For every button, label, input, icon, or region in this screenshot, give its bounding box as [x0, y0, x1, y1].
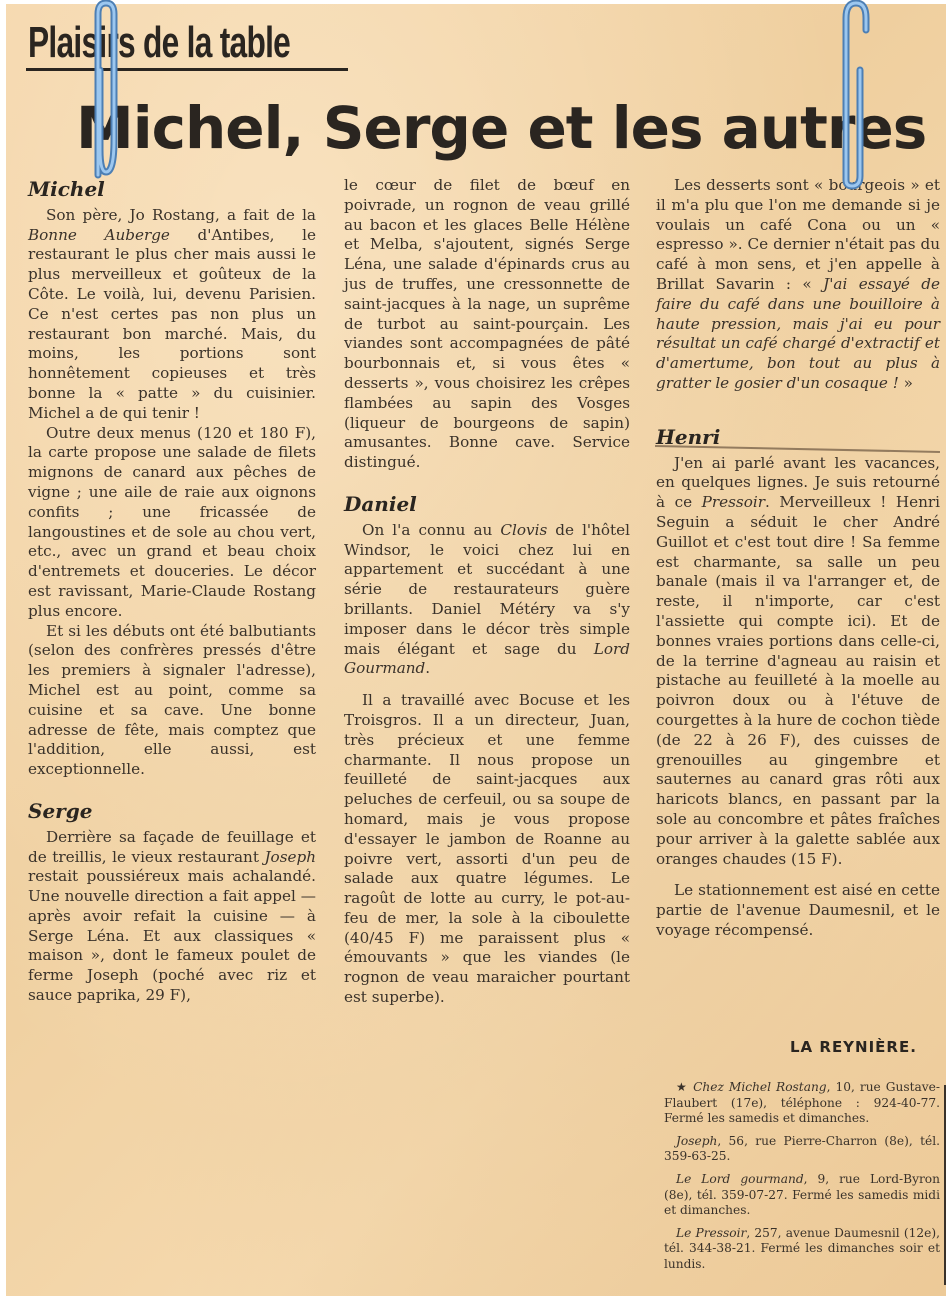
paragraph: Son père, Jo Rostang, a fait de la Bonne… [28, 206, 316, 424]
address-name: Le Pressoir [676, 1226, 746, 1240]
section-title-henri: Henri [656, 428, 940, 448]
column-2: le cœur de filet de bœuf en poivrade, un… [344, 176, 630, 1008]
address-name: Joseph [676, 1134, 717, 1148]
section-title-daniel: Daniel [344, 495, 630, 515]
paragraph: J'en ai parlé avant les vacances, en que… [656, 454, 940, 870]
paragraph: Le stationnement est aisé en cette parti… [656, 881, 940, 940]
column-1: Michel Son père, Jo Rostang, a fait de l… [28, 180, 316, 1006]
section-title-michel: Michel [28, 180, 316, 200]
paragraph: Outre deux menus (120 et 180 F), la cart… [28, 424, 316, 622]
paragraph: Derrière sa façade de feuillage et de tr… [28, 828, 316, 1006]
column-rule [944, 1085, 946, 1285]
author-signature: LA REYNIÈRE. [790, 1038, 917, 1056]
restaurant-name: Pressoir [702, 493, 765, 511]
text: » [899, 374, 913, 392]
paragraph: On l'a connu au Clovis de l'hôtel Windso… [344, 521, 630, 679]
text: Son père, Jo Rostang, a fait de la [46, 206, 316, 224]
column-3: Les desserts sont « bourgeois » et il m'… [656, 176, 940, 941]
address-list: ★ Chez Michel Rostang, 10, rue Gustave-F… [664, 1080, 940, 1280]
restaurant-name: Bonne Auberge [28, 226, 170, 244]
paragraph: Et si les débuts ont été balbutiants (se… [28, 622, 316, 780]
text: restait poussiéreux mais achalandé. Une … [28, 867, 316, 1004]
text: . Merveilleux ! Henri Seguin a séduit le… [656, 493, 940, 867]
section-kicker: Plaisirs de la table [28, 18, 290, 68]
restaurant-name: Clovis [500, 521, 547, 539]
text: d'Antibes, le restaurant le plus cher ma… [28, 226, 316, 422]
paragraph: Les desserts sont « bourgeois » et il m'… [656, 176, 940, 394]
paragraph: Il a travaillé avec Bocuse et les Troisg… [344, 691, 630, 1008]
address-item: Le Lord gourmand, 9, rue Lord-Byron (8e)… [664, 1172, 940, 1219]
star-icon: ★ [676, 1080, 693, 1094]
text: On l'a connu au [362, 521, 500, 539]
headline: Michel, Serge et les autres [76, 94, 926, 162]
address-item: Le Pressoir, 257, avenue Daumesnil (12e)… [664, 1226, 940, 1273]
section-title-serge: Serge [28, 802, 316, 822]
paperclip-icon [88, 0, 124, 185]
paragraph-continued: le cœur de filet de bœuf en poivrade, un… [344, 176, 630, 473]
text: . [425, 659, 430, 677]
address-name: Chez Michel Rostang [693, 1080, 827, 1094]
address-item: Joseph, 56, rue Pierre-Charron (8e), tél… [664, 1134, 940, 1165]
address-item: ★ Chez Michel Rostang, 10, rue Gustave-F… [664, 1080, 940, 1127]
restaurant-name: Joseph [264, 848, 316, 866]
text: de l'hôtel Windsor, le voici chez lui en… [344, 521, 630, 658]
address-name: Le Lord gourmand [676, 1172, 804, 1186]
kicker-underline [26, 68, 348, 71]
paperclip-icon [838, 0, 874, 190]
